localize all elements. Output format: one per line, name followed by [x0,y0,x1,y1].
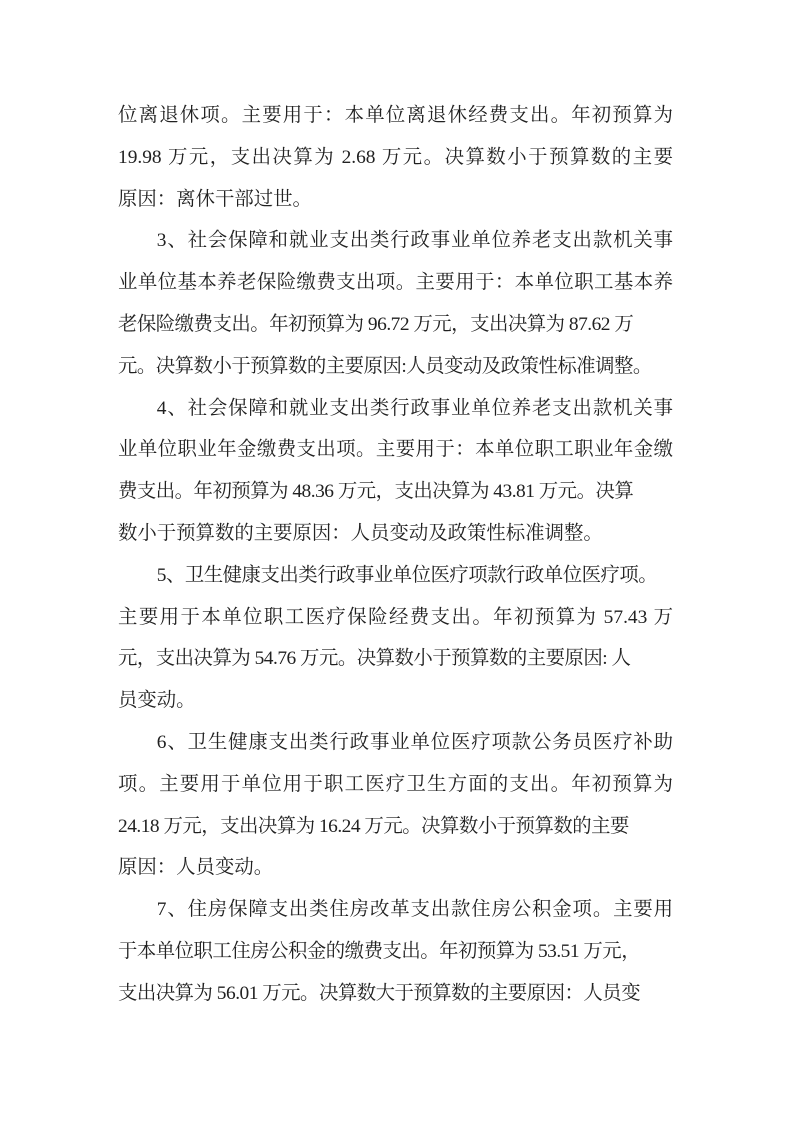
text-line: 业单位职业年金缴费支出项。主要用于：本单位职工职业年金缴 [118,429,673,471]
text-line: 支出决算为 56.01 万元。决算数大于预算数的主要原因：人员变 [118,973,673,1015]
text-line: 项。主要用于单位用于职工医疗卫生方面的支出。年初预算为 [118,764,673,806]
text-line: 位离退休项。主要用于：本单位离退休经费支出。年初预算为 [118,95,673,137]
text-line: 费支出。年初预算为 48.36 万元，支出决算为 43.81 万元。决算 [118,471,673,513]
paragraph-item-6-civil-servant-medical-subsidy: 6、卫生健康支出类行政事业单位医疗项款公务员医疗补助 项。主要用于单位用于职工医… [118,722,673,889]
paragraph-retirement-expense-continued: 位离退休项。主要用于：本单位离退休经费支出。年初预算为 19.98 万元，支出决… [118,95,673,220]
text-line: 4、社会保障和就业支出类行政事业单位养老支出款机关事 [118,388,673,430]
text-line: 元，支出决算为 54.76 万元。决算数小于预算数的主要原因: 人 [118,638,673,680]
paragraph-item-3-basic-pension-contribution: 3、社会保障和就业支出类行政事业单位养老支出款机关事 业单位基本养老保险缴费支出… [118,220,673,387]
text-line: 7、住房保障支出类住房改革支出款住房公积金项。主要用 [118,889,673,931]
text-line: 业单位基本养老保险缴费支出项。主要用于：本单位职工基本养 [118,262,673,304]
document-page: { "page": { "background": "#ffffff", "te… [0,0,793,1122]
text-line: 老保险缴费支出。年初预算为 96.72 万元，支出决算为 87.62 万 [118,304,673,346]
paragraph-item-4-occupational-annuity-contribution: 4、社会保障和就业支出类行政事业单位养老支出款机关事 业单位职业年金缴费支出项。… [118,388,673,555]
text-line: 24.18 万元，支出决算为 16.24 万元。决算数小于预算数的主要 [118,806,673,848]
text-line: 元。决算数小于预算数的主要原因:人员变动及政策性标准调整。 [118,346,673,388]
paragraph-item-5-administrative-unit-medical: 5、卫生健康支出类行政事业单位医疗项款行政单位医疗项。 主要用于本单位职工医疗保… [118,555,673,722]
text-line: 原因：人员变动。 [118,847,673,889]
text-line: 数小于预算数的主要原因：人员变动及政策性标准调整。 [118,513,673,555]
text-line: 3、社会保障和就业支出类行政事业单位养老支出款机关事 [118,220,673,262]
text-line: 员变动。 [118,680,673,722]
text-line: 6、卫生健康支出类行政事业单位医疗项款公务员医疗补助 [118,722,673,764]
text-line: 19.98 万元，支出决算为 2.68 万元。决算数小于预算数的主要 [118,137,673,179]
document-body: 位离退休项。主要用于：本单位离退休经费支出。年初预算为 19.98 万元，支出决… [118,95,673,1015]
text-line: 于本单位职工住房公积金的缴费支出。年初预算为 53.51 万元， [118,931,673,973]
text-line: 主要用于本单位职工医疗保险经费支出。年初预算为 57.43 万 [118,597,673,639]
paragraph-item-7-housing-provident-fund: 7、住房保障支出类住房改革支出款住房公积金项。主要用 于本单位职工住房公积金的缴… [118,889,673,1014]
text-line: 5、卫生健康支出类行政事业单位医疗项款行政单位医疗项。 [118,555,673,597]
text-line: 原因：离休干部过世。 [118,179,673,221]
